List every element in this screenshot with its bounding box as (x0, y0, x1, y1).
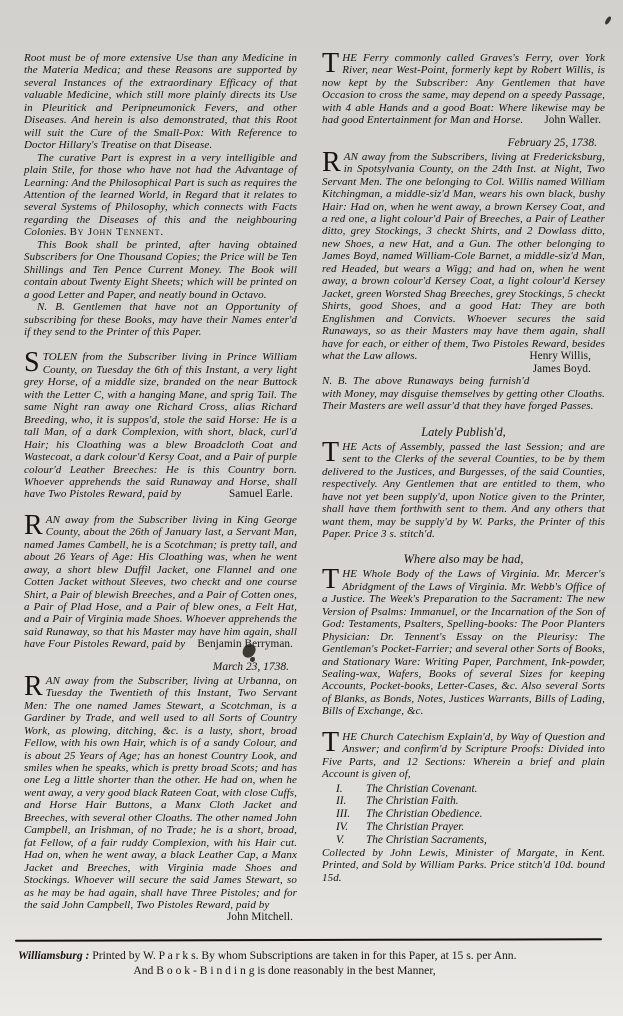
right-column: THE Ferry commonly called Graves's Ferry… (322, 52, 605, 924)
advert-graves-ferry: THE Ferry commonly called Graves's Ferry… (322, 52, 605, 127)
list-item-text: The Christian Obedience. (366, 808, 482, 821)
advert-stolen-horse: STOLEN from the Subscriber living in Pri… (24, 351, 297, 500)
advert-runaway-fredericksburg-text: AN away from the Subscribers, living at … (322, 151, 605, 362)
signature-john-waller: John Waller. (544, 114, 605, 126)
advert-runaway-fredericksburg-body: RAN away from the Subscribers, living at… (322, 151, 605, 363)
dropcap-s: S (24, 351, 43, 374)
list-item-text: The Christian Covenant. (366, 783, 477, 796)
list-item-numeral: IV. (322, 821, 366, 834)
dropcap-t: T (322, 52, 342, 75)
notice-catechism-text: HE Church Catechism Explain'd, by Way of… (322, 731, 605, 780)
divider-rule (15, 938, 602, 942)
date-line-february: February 25, 1738. (322, 137, 605, 150)
catechism-list: I. The Christian Covenant. II. The Chris… (322, 783, 605, 847)
notice-acts-text: HE Acts of Assembly, passed the last Ses… (322, 441, 605, 540)
signature-samuel-earle: Samuel Earle. (229, 488, 297, 500)
author-byline: By John Tennent. (70, 226, 164, 238)
list-item-text: The Christian Sacraments, (366, 834, 487, 847)
newspaper-page: Root must be of more extensive Use than … (0, 0, 623, 1016)
para-book-printing: This Book shall be printed, after having… (24, 239, 297, 301)
dropcap-r: R (24, 675, 46, 698)
list-item-text: The Christian Prayer. (366, 821, 464, 834)
signature-john-mitchell: John Mitchell. (227, 911, 297, 923)
dropcap-t: T (322, 441, 342, 464)
imprint-city: Williamsburg : (18, 949, 89, 962)
notice-acts-of-assembly: Lately Publish'd, THE Acts of Assembly, … (322, 425, 605, 541)
notice-books-body: THE Whole Body of the Laws of Virginia. … (322, 568, 605, 717)
list-item: II. The Christian Faith. (322, 795, 605, 808)
heading-where-also: Where also may be had, (322, 552, 605, 566)
dropcap-t: T (322, 568, 342, 591)
advert-graves-ferry-body: THE Ferry commonly called Graves's Ferry… (322, 52, 605, 127)
advert-stolen-horse-text: TOLEN from the Subscriber living in Prin… (24, 351, 297, 500)
dropcap-r: R (322, 151, 344, 174)
imprint-bookbinding: And B o o k - B i n d i n g is done reas… (18, 964, 611, 979)
dropcap-t: T (322, 731, 342, 754)
para-nb-runaways: N. B. The above Runaways being furnish'd… (322, 375, 605, 412)
advert-runaway-cambell-body: RAN away from the Subscriber living in K… (24, 514, 297, 651)
list-item: V. The Christian Sacraments, (322, 834, 605, 847)
imprint-text: Printed by W. P a r k s. By whom Subscri… (89, 949, 516, 962)
signature-henry-willis: Henry Willis, (529, 350, 591, 363)
notice-catechism-body: THE Church Catechism Explain'd, by Way o… (322, 731, 605, 781)
left-column: Root must be of more extensive Use than … (24, 52, 297, 924)
advert-runaway-stewart-text: AN away from the Subscriber, living at U… (24, 675, 297, 911)
para-curative-text: The curative Part is exprest in a very i… (24, 152, 297, 239)
text-columns: Root must be of more extensive Use than … (0, 0, 623, 924)
para-nb-subscribers: N. B. Gentlemen that have not an Opportu… (24, 301, 297, 338)
signature-james-boyd: James Boyd. (529, 363, 591, 376)
notice-books-text: HE Whole Body of the Laws of Virginia. M… (322, 568, 605, 717)
list-item: I. The Christian Covenant. (322, 783, 605, 796)
list-item: IV. The Christian Prayer. (322, 821, 605, 834)
catechism-colophon: Collected by John Lewis, Minister of Mar… (322, 847, 605, 884)
list-item-numeral: I. (322, 783, 366, 796)
footer-imprint: Williamsburg : Printed by W. P a r k s. … (18, 949, 611, 978)
advert-runaway-stewart-campbell: March 23, 1738. RAN away from the Subscr… (24, 661, 297, 912)
list-item-numeral: III. (322, 808, 366, 821)
para-nb-runaways-body: N. B. The above Runaways being furnish'd… (322, 375, 605, 412)
list-item-text: The Christian Faith. (366, 795, 459, 808)
notice-books-for-sale: Where also may be had, THE Whole Body of… (322, 552, 605, 717)
list-item-numeral: V. (322, 834, 366, 847)
advert-stolen-horse-body: STOLEN from the Subscriber living in Pri… (24, 351, 297, 500)
notice-church-catechism: THE Church Catechism Explain'd, by Way o… (322, 731, 605, 884)
advert-runaway-stewart-body: RAN away from the Subscriber, living at … (24, 675, 297, 912)
advert-runaway-cambell: RAN away from the Subscriber living in K… (24, 514, 297, 651)
heading-lately-publishd: Lately Publish'd, (322, 425, 605, 439)
list-item: III. The Christian Obedience. (322, 808, 605, 821)
list-item-numeral: II. (322, 795, 366, 808)
footer: Williamsburg : Printed by W. P a r k s. … (0, 939, 623, 978)
advert-runaway-fredericksburg: February 25, 1738. RAN away from the Sub… (322, 137, 605, 363)
para-curative-part: The curative Part is exprest in a very i… (24, 152, 297, 239)
date-line-march: March 23, 1738. (24, 661, 297, 674)
para-root-continuation: Root must be of more extensive Use than … (24, 52, 297, 152)
notice-acts-body: THE Acts of Assembly, passed the last Se… (322, 441, 605, 541)
dropcap-r: R (24, 514, 46, 537)
signature-willis-boyd: Henry Willis,James Boyd. (529, 350, 605, 376)
advert-runaway-cambell-text: AN away from the Subscriber living in Ki… (24, 514, 297, 651)
